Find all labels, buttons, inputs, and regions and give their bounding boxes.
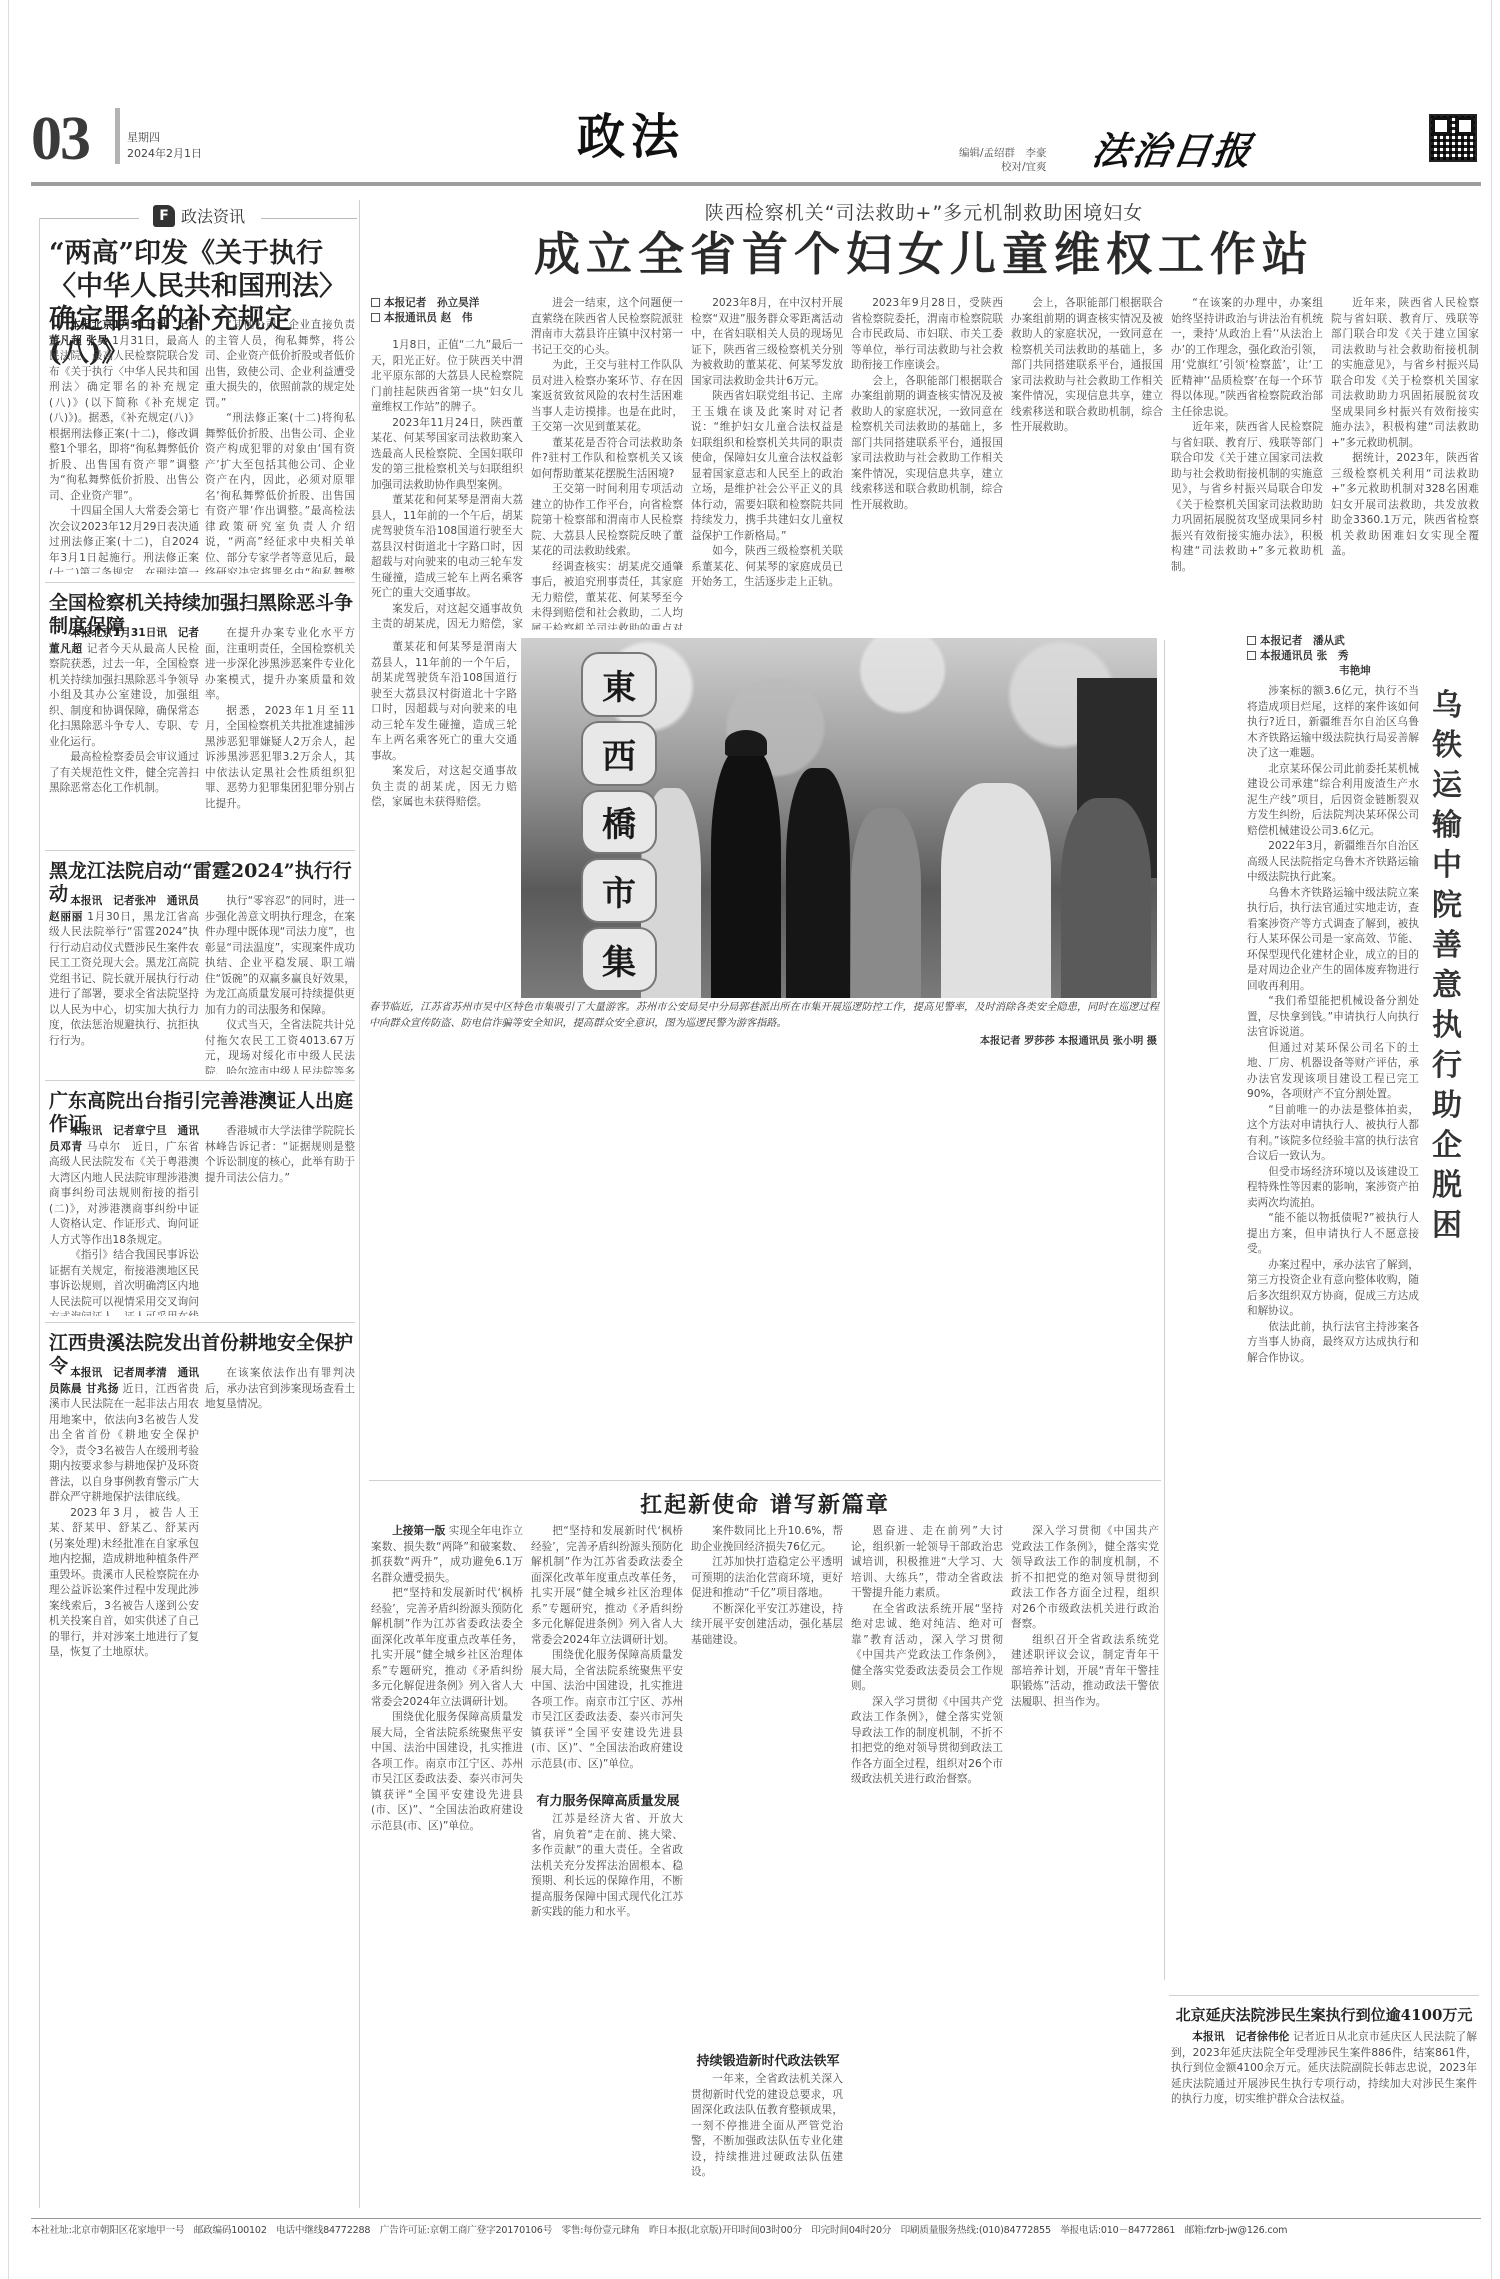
- article-body: 本报讯 记者章宁旦 通讯员邓青 马卓尔 近日，广东省高级人民法院发布《关于粤港澳…: [49, 1124, 199, 1316]
- briefs-label-text: 政法资讯: [181, 204, 245, 227]
- byline-role: 本报通讯员: [384, 312, 437, 324]
- paragraph: 记者今天从最高人民检察院获悉，过去一年，全国检察机关持续加强扫黑除恶斗争领导小组…: [49, 643, 199, 748]
- paragraph: 为此，王交与驻村工作队队员对进入检察办案环节、存在因案返贫致贫风险的农村生活困难…: [531, 358, 683, 436]
- footer-divider: [31, 2218, 1481, 2219]
- divider: [39, 218, 139, 219]
- divider: [45, 850, 355, 851]
- bottom-column: 案件数同比上升10.6%，帮助企业挽回经济损失76亿元。 江苏加快打造稳定公平透…: [691, 1524, 843, 2044]
- paragraph: 涉案标的额3.6亿元，执行不当将造成项目烂尾，这样的案件该如何执行?近日，新疆维…: [1247, 684, 1419, 762]
- paragraph: 深入学习贯彻《中国共产党政法工作条例》，健全落实党领导政法工作的制度机制，不折不…: [851, 1695, 1003, 1788]
- feature-headline: 成立全省首个妇女儿童维权工作站: [369, 222, 1479, 286]
- bottom-column: 恩奋进、走在前列”大讨论，组织新一轮领导干部政治忠诚培训，积极推进“大学习、大培…: [851, 1524, 1003, 2214]
- lantern: 東: [581, 652, 657, 717]
- paragraph: 近年来，陕西省人民检察院与省妇联、教育厅、残联等部门联合印发《关于建立国家司法救…: [1171, 420, 1323, 575]
- paragraph: 在提升办案专业化水平方面，注重明责任，全国检察机关进一步深化涉黑涉恶案件专业化办…: [205, 626, 355, 704]
- paragraph: 恩奋进、走在前列”大讨论，组织新一轮领导干部政治忠诚培训，积极推进“大学习、大培…: [851, 1524, 1003, 1602]
- paragraph: 在该案依法作出有罪判决后，承办法官到涉案现场查看土地复垦情况。: [205, 1366, 355, 1413]
- subheading: 有力服务保障高质量发展: [529, 1790, 687, 1809]
- paragraph: 深入学习贯彻《中国共产党政法工作条例》，健全落实党领导政法工作的制度机制，不折不…: [1011, 1524, 1159, 1633]
- checkbox-glyph-icon: [1247, 636, 1256, 645]
- paragraph: 案件数同比上升10.6%，帮助企业挽回经济损失76亿元。: [691, 1524, 843, 1555]
- yanqing-body: 本报讯 记者徐伟伦 记者近日从北京市延庆区人民法院了解到，2023年延庆法院全年…: [1171, 2030, 1477, 2214]
- paragraph: 一年来，全省政法机关深入贯彻新时代党的建设总要求，巩固深化政法队伍教育整顿成果，…: [691, 2072, 843, 2181]
- article-body: 本报北京1月31日讯 记者董凡超 张昊 1月31日，最高人民法院、最高人民检察院…: [49, 318, 199, 574]
- paragraph: 陕西省妇联党组书记、主席王玉娥在谈及此案时对记者说：“维护妇女儿童合法权益是妇联…: [691, 389, 843, 544]
- bottom-feature-headline: 扛起新使命 谱写新篇章: [369, 1488, 1161, 1519]
- page-number-divider: [115, 108, 120, 164]
- paragraph: 近日，江西省贵溪市人民法院在一起非法占用农用地案中，依法向3名被告人发出全省首份…: [49, 1383, 199, 1504]
- feature-column: 2023年8月，在中汉村开展检察“双进”服务群众零距离活动中，在省妇联相关人员的…: [691, 296, 843, 630]
- paragraph: “我们希望能把机械设备分割处置，尽快拿到钱。”申请执行人向执行法官诉说道。: [1247, 994, 1419, 1041]
- masthead-divider: [31, 182, 1481, 186]
- byline-name: 张 秀: [1317, 650, 1349, 662]
- article-body: 在提升办案专业化水平方面，注重明责任，全国检察机关进一步深化涉黑涉恶案件专业化办…: [205, 626, 355, 840]
- feature-byline: 本报记者 孙立昊洋 本报通讯员 赵 伟: [371, 296, 479, 326]
- paragraph: 但受市场经济环境以及该建设工程特殊性等因素的影响，案涉资产拍卖两次均流拍。: [1247, 1165, 1419, 1212]
- person: [1061, 798, 1151, 998]
- paragraph: 最高检检察委员会审议通过了有关规范性文件，健全完善扫黑除恶常态化工作机制。: [49, 750, 199, 797]
- issue-date: 2024年2月1日: [127, 146, 202, 162]
- page-number: 03: [31, 108, 89, 170]
- byline-name: 潘从武: [1313, 635, 1345, 647]
- paragraph: 围绕优化服务保障高质量发展大局，全省法院系统聚焦平安中国、法治中国建设，扎实推进…: [531, 1648, 683, 1772]
- lantern: 市: [581, 858, 657, 923]
- divider: [45, 582, 355, 583]
- paragraph: 北京某环保公司此前委托某机械建设公司承建“综合利用废渣生产水泥生产线”项目，后因…: [1247, 762, 1419, 840]
- f-logo-icon: F: [153, 205, 175, 227]
- paragraph: 香港城市大学法律学院院长林峰告诉记者：“证据规则是整个诉讼制度的核心，此举有助于…: [205, 1124, 355, 1186]
- qr-code-icon[interactable]: [1429, 114, 1477, 162]
- paragraph: 2023年3月，被告人王某、舒某甲、舒某乙、舒某丙(另案处理)未经批准在自家承包…: [49, 1506, 199, 1661]
- article-body: 执行“零容忍”的同时，进一步强化善意文明执行理念，在案件办理中既体现“司法力度”…: [205, 894, 355, 1074]
- paragraph: 案发后，对这起交通事故负主责的胡某虎，因无力赔偿，家属也未获得赔偿。: [371, 602, 523, 631]
- paragraph: 江苏加快打造稳定公平透明可预期的法治化营商环境，更好促进和推动“千亿”项目落地。: [691, 1555, 843, 1602]
- article-lead: 本报讯 记者徐伟伦: [1192, 2031, 1289, 2043]
- police-cap-icon: [725, 730, 767, 756]
- news-photo: 東 西 橋 市 集: [521, 638, 1157, 998]
- paragraph: 围绕优化服务保障高质量发展大局，全省法院系统聚焦平安中国、法治中国建设，扎实推进…: [371, 1710, 523, 1834]
- bottom-column: 深入学习贯彻《中国共产党政法工作条例》，健全落实党领导政法工作的制度机制，不折不…: [1011, 1524, 1159, 2214]
- person: [941, 783, 1051, 998]
- feature-column: 近年来，陕西省人民检察院与省妇联、教育厅、残联等部门联合印发《关于建立国家司法救…: [1331, 296, 1479, 630]
- checkbox-glyph-icon: [371, 298, 380, 307]
- paragraph: 2023年9月28日，受陕西省检察院委托，渭南市检察院联合市民政局、市妇联、市关…: [851, 296, 1003, 374]
- paragraph: 十四届全国人大常委会第七次会议2023年12月29日表决通过刑法修正案(十二)，…: [49, 504, 199, 574]
- byline-name: 韦艳坤: [1247, 664, 1371, 679]
- paragraph: 董某花是否符合司法救助条件?驻村工作队和检察机关又该如何帮助董某花摆脱生活困境?: [531, 436, 683, 483]
- paragraph: 把“坚持和发展新时代‘枫桥经验’，完善矛盾纠纷源头预防化解机制”作为江苏省委政法…: [371, 1586, 523, 1710]
- feature-column: “在该案的办理中，办案组始终坚持讲政治与讲法治有机统一，秉持‘从政治上看’‘从法…: [1171, 296, 1323, 630]
- paragraph: 董某花和何某琴是渭南大荔县人，11年前的一个午后，胡某虎驾驶货车沿108国道行驶…: [371, 493, 523, 602]
- editor-credits: 编辑/孟绍群 李豪 校对/宜爽: [959, 146, 1047, 174]
- bottom-column: 上接第一版 实现全年电诈立案数、损失数“两降”和破案数、抓获数“两升”，成功避免…: [371, 1524, 523, 2214]
- weekday: 星期四: [127, 130, 202, 146]
- divider: [261, 218, 357, 219]
- paragraph: 据悉，2023年1月至11月，全国检察机关共批准逮捕涉黑涉恶犯罪嫌疑人2万余人，…: [205, 704, 355, 813]
- paragraph: 会上，各职能部门根据联合办案组前期的调查核实情况及被救助人的家庭状况，一致同意在…: [1011, 296, 1163, 436]
- paragraph: 董某花和何某琴是渭南大荔县人，11年前的一个午后，胡某虎驾驶货车沿108国道行驶…: [371, 640, 517, 764]
- paragraph: 组织召开全省政法系统党建述职评议会议，制定青年干部培养计划，开展“青年干警挂职锻…: [1011, 1633, 1159, 1711]
- byline-role: 本报记者: [1260, 635, 1302, 647]
- paragraph: “能不能以物抵债呢?”被执行人提出方案，但申请执行人不愿意接受。: [1247, 1211, 1419, 1258]
- masthead: 03 星期四 2024年2月1日 政法 编辑/孟绍群 李豪 校对/宜爽 法治日报: [31, 100, 1481, 180]
- paragraph: 1月8日，正值“二九”最后一天，阳光正好。位于陕西关中渭北平原东部的大荔县人民检…: [371, 338, 523, 416]
- checkbox-glyph-icon: [1247, 651, 1256, 660]
- footer-imprint: 本社社址:北京市朝阳区花家地甲一号 邮政编码100102 电话中继线847722…: [31, 2222, 1481, 2242]
- article-body: 香港城市大学法律学院院长林峰告诉记者：“证据规则是整个诉讼制度的核心，此举有助于…: [205, 1124, 355, 1316]
- byline-role: 本报记者: [384, 297, 426, 309]
- divider: [45, 1080, 355, 1081]
- police-officer: [786, 768, 850, 998]
- paragraph: 乌鲁木齐铁路运输中级法院立案执行后，执行法官通过实地走访，查看案涉资产等方式调查…: [1247, 886, 1419, 995]
- paragraph: “其他公司、企业直接负责的主管人员，徇私舞弊，将公司、企业资产低价折股或者低价出…: [205, 318, 355, 411]
- feature-column: 进会一结束，这个问题便一直萦绕在陕西省人民检察院派驻渭南市大荔县许庄镇中汉村第一…: [531, 296, 683, 630]
- divider: [45, 1322, 355, 1323]
- checkbox-glyph-icon: [371, 313, 380, 322]
- paragraph: “在该案的办理中，办案组始终坚持讲政治与讲法治有机统一，秉持‘从政治上看’‘从法…: [1171, 296, 1323, 420]
- newspaper-page: 03 星期四 2024年2月1日 政法 编辑/孟绍群 李豪 校对/宜爽 法治日报…: [8, 0, 1492, 2279]
- paragraph: 《指引》结合我国民事诉讼证据有关规定，衔接港澳地区民事诉讼规则，首次明确湾区内地…: [49, 1248, 199, 1316]
- feature-column: 会上，各职能部门根据联合办案组前期的调查核实情况及被救助人的家庭状况，一致同意在…: [1011, 296, 1163, 630]
- bottom-column: 把“坚持和发展新时代‘枫桥经验’，完善矛盾纠纷源头预防化解机制”作为江苏省委政法…: [531, 1524, 683, 1784]
- lantern: 集: [581, 927, 657, 992]
- paragraph: “刑法修正案(十二)将徇私舞弊低价折股、出售公司、企业资产构成犯罪的对象由‘国有…: [205, 411, 355, 574]
- photo-credit: 本报记者 罗莎莎 本报通讯员 张小明 摄: [369, 1032, 1157, 1047]
- paragraph: 2023年11月24日，陕西董某花、何某琴国家司法救助案入选最高人民检察院、全国…: [371, 416, 523, 494]
- feature-column: 2023年9月28日，受陕西省检察院委托，渭南市检察院联合市民政局、市妇联、市关…: [851, 296, 1003, 630]
- article-body: 本报讯 记者周孝清 通讯员陈晨 甘兆扬 近日，江西省贵溪市人民法院在一起非法占用…: [49, 1366, 199, 2216]
- paragraph: 案发后，对这起交通事故负主责的胡某虎，因无力赔偿，家属也未获得赔偿。: [371, 764, 517, 811]
- paragraph: 会上，各职能部门根据联合办案组前期的调查核实情况及被救助人的家庭状况，一致同意在…: [851, 374, 1003, 514]
- paragraph: 如今，陕西三级检察机关联系董某花、何某琴的家庭成员已开始务工，生活逐步走上正轨。: [691, 544, 843, 591]
- article-body: “其他公司、企业直接负责的主管人员，徇私舞弊，将公司、企业资产低价折股或者低价出…: [205, 318, 355, 574]
- briefs-label: F 政法资讯: [147, 204, 251, 227]
- paragraph: 王交第一时间利用专项活动建立的协作工作平台，向省检察院第十检察部和渭南市人民检察…: [531, 482, 683, 560]
- paragraph: 仪式当天，全省法院共计兑付拖欠农民工工资4013.67万元，现场对绥化市中级人民…: [205, 1018, 355, 1074]
- paragraph: 把“坚持和发展新时代‘枫桥经验’，完善矛盾纠纷源头预防化解机制”作为江苏省委政法…: [531, 1524, 683, 1648]
- lantern-column: 東 西 橋 市 集: [581, 652, 657, 992]
- paragraph: 不断深化平安江苏建设，持续开展平安创建活动，强化基层基础建设。: [691, 1602, 843, 1649]
- subheading: 持续锻造新时代政法铁军: [689, 2050, 847, 2069]
- column-border: [359, 200, 360, 2208]
- article-body: 本报讯 记者张冲 通讯员赵丽丽 1月30日，黑龙江省高级人民法院举行“雷霆202…: [49, 894, 199, 1074]
- paragraph: 2022年3月，新疆维吾尔自治区高级人民法院指定乌鲁木齐铁路运输中级法院执行此案…: [1247, 839, 1419, 886]
- paragraph: “目前唯一的办法是整体拍卖，这个方法对申请执行人、被执行人都有利。”该院多位经验…: [1247, 1103, 1419, 1165]
- section-title: 政法: [501, 100, 761, 174]
- photo-caption: 春节临近，江苏省苏州市吴中区特色市集吸引了大量游客。苏州市公安局吴中分局郭巷派出…: [369, 1000, 1159, 1032]
- proofreader: 校对/宜爽: [959, 160, 1047, 174]
- paragraph: 经调查核实：胡某虎交通肇事后，被追究刑事责任，其家庭无力赔偿，董某花、何某琴至今…: [531, 560, 683, 631]
- bottom-column: 一年来，全省政法机关深入贯彻新时代党的建设总要求，巩固深化政法队伍教育整顿成果，…: [691, 2072, 843, 2212]
- paragraph: 2023年8月，在中汉村开展检察“双进”服务群众零距离活动中，在省妇联相关人员的…: [691, 296, 843, 389]
- newspaper-logo: 法治日报: [1089, 120, 1257, 175]
- paragraph: 在全省政法系统开展“坚持绝对忠诚、绝对纯洁、绝对可靠”教育活动，深入学习贯彻《中…: [851, 1602, 1003, 1695]
- feature-kicker: 陕西检察机关“司法救助+”多元机制救助困境妇女: [369, 198, 1479, 225]
- byline-name: 赵 伟: [441, 312, 473, 324]
- divider: [1169, 1995, 1479, 1996]
- paragraph: 据统计，2023年，陕西省三级检察机关利用“司法救助+”多元救助机制对328名困…: [1331, 451, 1479, 560]
- date-block: 星期四 2024年2月1日: [127, 130, 202, 162]
- article-lead: 上接第一版: [392, 1525, 445, 1537]
- bottom-column: 江苏是经济大省、开放大省，肩负着“走在前、挑大梁、多作贡献”的重大责任。全省政法…: [531, 1812, 683, 2212]
- paragraph: 但通过对某环保公司名下的土地、厂房、机器设备等财产评估，承办法官发现该项目建设工…: [1247, 1041, 1419, 1103]
- byline-name: 孙立昊洋: [437, 297, 479, 309]
- paragraph: 1月31日，最高人民法院、最高人民检察院联合发布《关于执行〈中华人民共和国刑法〉…: [49, 335, 199, 502]
- column-border-left: [39, 218, 40, 2208]
- feature-column: 董某花和何某琴是渭南大荔县人，11年前的一个午后，胡某虎驾驶货车沿108国道行驶…: [371, 640, 517, 990]
- divider: [369, 1480, 1161, 1481]
- person: [851, 808, 921, 998]
- railway-headline-vertical: 乌铁运输中院善意执行助企脱困: [1429, 686, 1465, 1246]
- briefs-header: F 政法资讯: [39, 200, 357, 236]
- railway-body: 涉案标的额3.6亿元，执行不当将造成项目烂尾，这样的案件该如何执行?近日，新疆维…: [1247, 684, 1419, 1994]
- lantern: 西: [581, 721, 657, 786]
- police-officer: [711, 748, 781, 998]
- editors: 编辑/孟绍群 李豪: [959, 146, 1047, 160]
- yanqing-headline: 北京延庆法院涉民生案执行到位逾4100万元: [1171, 2004, 1477, 2025]
- paragraph: 依法此前，执行法官主持涉案各方当事人协商，最终双方达成执行和解合作协议。: [1247, 1320, 1419, 1367]
- paragraph: 办案过程中，承办法官了解到，第三方投资企业有意向整体收购，随后多次组织双方协商，…: [1247, 1258, 1419, 1320]
- paragraph: 江苏是经济大省、开放大省，肩负着“走在前、挑大梁、多作贡献”的重大责任。全省政法…: [531, 1812, 683, 1921]
- paragraph: 马卓尔 近日，广东省高级人民法院发布《关于粤港澳大湾区内地人民法院审理涉港澳商事…: [49, 1141, 199, 1246]
- article-body: 本报北京1月31日讯 记者董凡超 记者今天从最高人民检察院获悉，过去一年，全国检…: [49, 626, 199, 840]
- paragraph: 近年来，陕西省人民检察院与省妇联、教育厅、残联等部门联合印发《关于建立国家司法救…: [1331, 296, 1479, 451]
- paragraph: 进会一结束，这个问题便一直萦绕在陕西省人民检察院派驻渭南市大荔县许庄镇中汉村第一…: [531, 296, 683, 358]
- paragraph: 执行“零容忍”的同时，进一步强化善意文明执行理念，在案件办理中既体现“司法力度”…: [205, 894, 355, 1018]
- paragraph: 1月30日，黑龙江省高级人民法院举行“雷霆2024”执行行动启动仪式暨涉民生案件…: [49, 911, 199, 1047]
- feature-column: 1月8日，正值“二九”最后一天，阳光正好。位于陕西关中渭北平原东部的大荔县人民检…: [371, 338, 523, 630]
- byline-role: 本报通讯员: [1260, 650, 1313, 662]
- column-border: [1164, 640, 1165, 1980]
- article-body: 在该案依法作出有罪判决后，承办法官到涉案现场查看土地复垦情况。: [205, 1366, 355, 2216]
- railway-byline: 本报记者 潘从武 本报通讯员 张 秀 韦艳坤: [1247, 634, 1371, 679]
- lantern: 橋: [581, 790, 657, 855]
